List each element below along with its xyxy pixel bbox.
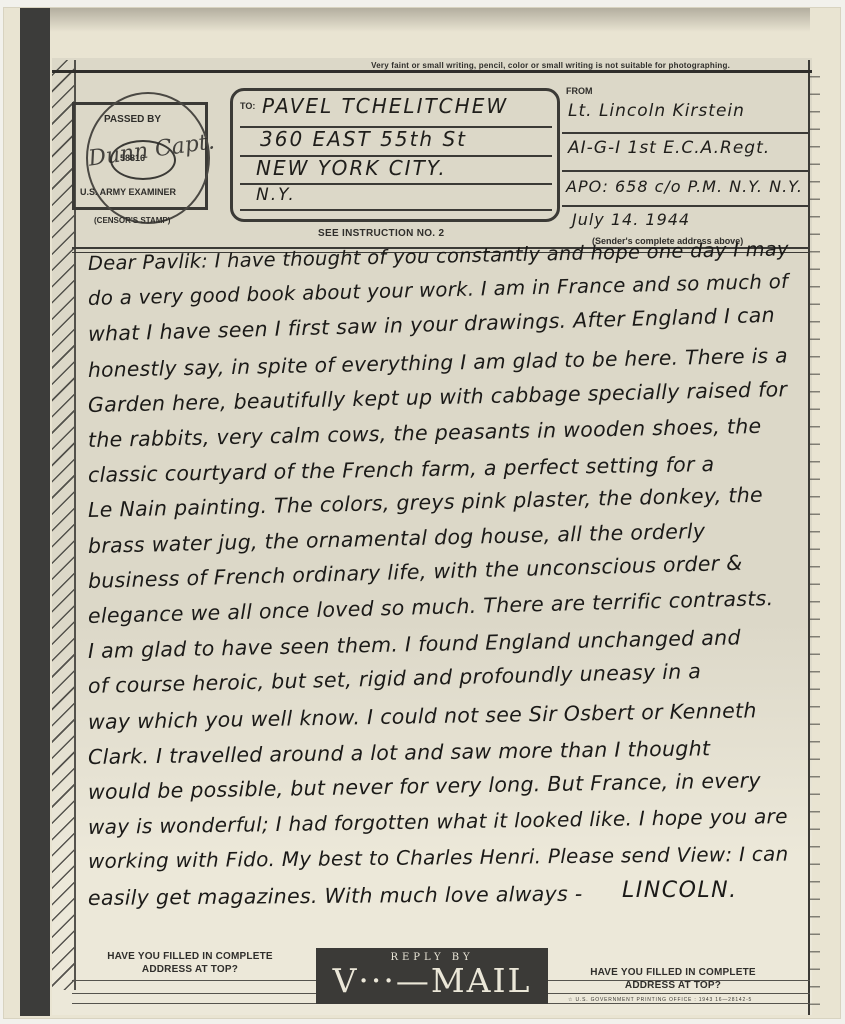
reminder-line: ADDRESS AT TOP? (562, 979, 784, 992)
to-line-2: 360 EAST 55th St (260, 127, 467, 151)
to-label: TO: (240, 101, 255, 111)
reply-by-vmail-logo: REPLY BY V···—MAIL (316, 948, 548, 1004)
censor-examiner-line: U.S. ARMY EXAMINER (80, 187, 176, 197)
from-line-3: APO: 658 c/o P.M. N.Y. N.Y. (566, 177, 803, 196)
censor-heading: PASSED BY (104, 114, 161, 125)
from-label: FROM (566, 86, 593, 96)
censor-footer: (CENSOR'S STAMP) (94, 216, 170, 225)
from-line-2: AI-G-I 1st E.C.A.Regt. (568, 138, 770, 158)
top-rule (52, 70, 812, 73)
exposure-shadow (30, 8, 810, 32)
from-line-1: Lt. Lincoln Kirstein (568, 101, 745, 121)
to-rule (240, 209, 552, 211)
reminder-line: HAVE YOU FILLED IN COMPLETE (80, 950, 300, 963)
letter-signature: LINCOLN. (622, 878, 738, 903)
address-reminder-left: HAVE YOU FILLED IN COMPLETE ADDRESS AT T… (80, 950, 300, 976)
from-rule (562, 132, 810, 134)
see-instruction: SEE INSTRUCTION NO. 2 (318, 228, 444, 239)
reminder-line: HAVE YOU FILLED IN COMPLETE (562, 966, 784, 979)
from-rule (562, 170, 810, 172)
right-tick-marks (810, 60, 820, 1010)
top-notice: Very faint or small writing, pencil, col… (250, 61, 730, 70)
address-reminder-right: HAVE YOU FILLED IN COMPLETE ADDRESS AT T… (562, 966, 784, 992)
from-rule (562, 205, 810, 207)
film-edge-strip (20, 8, 50, 1016)
to-line-4: N.Y. (256, 185, 296, 205)
reminder-line: ADDRESS AT TOP? (80, 963, 300, 976)
vmail-title: V···—MAIL (316, 963, 548, 999)
letter-date: July 14. 1944 (572, 210, 690, 229)
gpo-imprint: ☆ U.S. GOVERNMENT PRINTING OFFICE : 1943… (568, 997, 752, 1003)
to-line-3: NEW YORK CITY. (256, 156, 447, 180)
to-line-1: PAVEL TCHELITCHEW (262, 94, 508, 118)
letter-line: easily get magazines. With much love alw… (88, 881, 583, 909)
